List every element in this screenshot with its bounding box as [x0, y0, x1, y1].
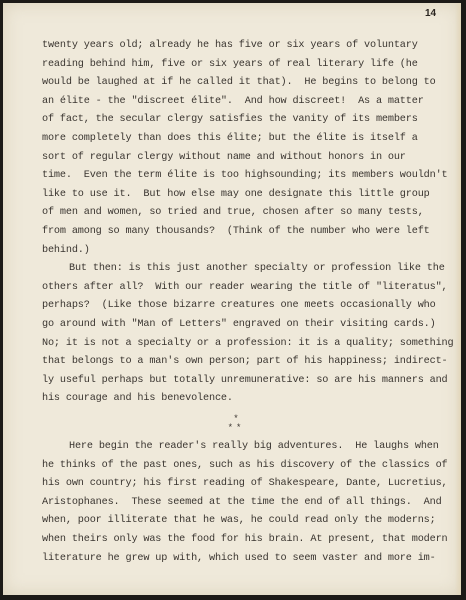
text-line: of men and women, so tried and true, cho…: [42, 204, 442, 223]
text-block-1: twenty years old; already he has five or…: [42, 37, 442, 409]
text-line: would be laughed at if he called it that…: [42, 74, 442, 93]
paragraph-start-line: But then: is this just another specialty…: [42, 260, 442, 279]
document-page: 14 twenty years old; already he has five…: [3, 3, 461, 595]
section-separator-bottom: **: [3, 424, 466, 433]
text-line: behind.): [42, 242, 442, 261]
text-line: an élite - the "discreet élite". And how…: [42, 93, 442, 112]
page-number: 14: [425, 8, 436, 19]
text-line: No; it is not a specialty or a professio…: [42, 335, 442, 354]
text-line: of fact, the secular clergy satisfies th…: [42, 111, 442, 130]
text-block-2: Here begin the reader's really big adven…: [42, 438, 442, 568]
text-line: others after all? With our reader wearin…: [42, 279, 442, 298]
text-line: when theirs only was the food for his br…: [42, 531, 442, 550]
text-line: his own country; his first reading of Sh…: [42, 475, 442, 494]
text-line: go around with "Man of Letters" engraved…: [42, 316, 442, 335]
text-line: literature he grew up with, which used t…: [42, 550, 442, 569]
paragraph-start-line: Here begin the reader's really big adven…: [42, 438, 442, 457]
page-edge: [455, 3, 461, 595]
text-line: from among so many thousands? (Think of …: [42, 223, 442, 242]
text-line: like to use it. But how else may one des…: [42, 186, 442, 205]
text-line: Aristophanes. These seemed at the time t…: [42, 494, 442, 513]
text-line: sort of regular clergy without name and …: [42, 149, 442, 168]
text-line: reading behind him, five or six years of…: [42, 56, 442, 75]
text-line: time. Even the term élite is too highsou…: [42, 167, 442, 186]
text-line: perhaps? (Like those bizarre creatures o…: [42, 297, 442, 316]
text-line: that belongs to a man's own person; part…: [42, 353, 442, 372]
text-line: twenty years old; already he has five or…: [42, 37, 442, 56]
text-line: he thinks of the past ones, such as his …: [42, 457, 442, 476]
text-line: his courage and his benevolence.: [42, 390, 442, 409]
text-line: ly useful perhaps but totally unremunera…: [42, 372, 442, 391]
text-line: when, poor illiterate that he was, he co…: [42, 512, 442, 531]
text-line: more completely than does this élite; bu…: [42, 130, 442, 149]
